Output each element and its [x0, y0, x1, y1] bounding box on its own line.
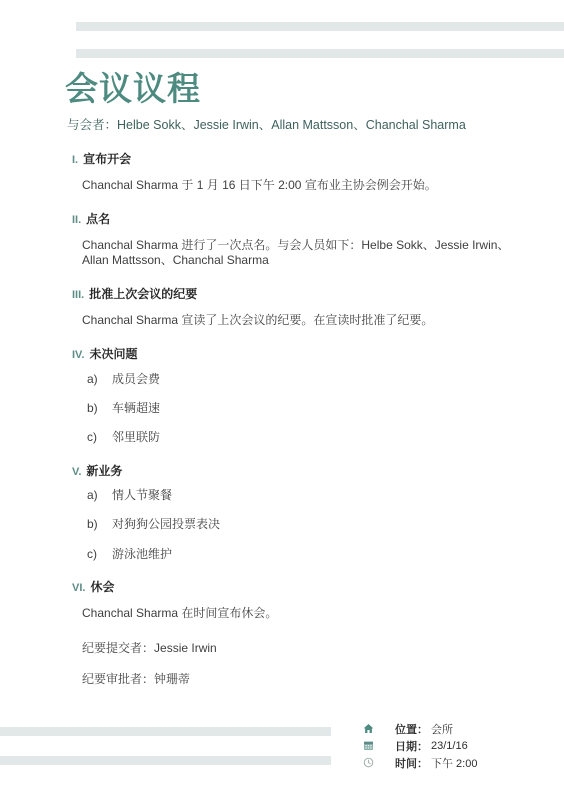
section-numeral: II.	[72, 214, 81, 226]
list-item-text: 游泳池维护	[112, 547, 172, 561]
list-item: c)游泳池维护	[87, 547, 529, 561]
list-item: a)情人节聚餐	[87, 488, 529, 502]
signoff-line: 纪要审批者：钟珊蒂	[82, 672, 529, 687]
attendees-names: Helbe Sokk、Jessie Irwin、Allan Mattsson、C…	[117, 118, 466, 132]
agenda-section: V.新业务a)情人节聚餐b)对狗狗公园投票表决c)游泳池维护	[65, 464, 529, 561]
list-item: a)成员会费	[87, 372, 529, 386]
signoff-value: 钟珊蒂	[154, 672, 190, 686]
meeting-info-value: 下午 2:00	[431, 755, 477, 771]
section-paragraph: Chanchal Sharma 在时间宣布休会。	[82, 606, 529, 621]
document-content: 会议议程 与会者：Helbe Sokk、Jessie Irwin、Allan M…	[65, 72, 529, 687]
calendar-icon	[363, 740, 374, 751]
section-numeral: I.	[72, 154, 78, 166]
meeting-info-row: 日期：23/1/16	[363, 737, 477, 754]
section-heading-text: 未决问题	[89, 347, 137, 361]
list-item-text: 成员会费	[112, 372, 160, 386]
list-item-letter: a)	[87, 488, 112, 502]
meeting-info-row: 时间：下午 2:00	[363, 754, 477, 771]
clock-icon	[363, 757, 374, 768]
meeting-info-label: 时间：	[395, 755, 428, 771]
section-heading-row: V.新业务	[65, 464, 529, 479]
section-heading-row: VI.休会	[65, 580, 529, 595]
section-heading-text: 新业务	[86, 464, 122, 478]
decorative-bar-top-2	[76, 49, 564, 58]
agenda-section: III.批准上次会议的纪要Chanchal Sharma 宣读了上次会议的纪要。…	[65, 287, 529, 328]
list-item-letter: b)	[87, 517, 112, 531]
list-item-text: 情人节聚餐	[112, 488, 172, 502]
page-title: 会议议程	[65, 72, 529, 107]
attendees-line: 与会者：Helbe Sokk、Jessie Irwin、Allan Mattss…	[67, 117, 529, 133]
section-items: a)成员会费b)车辆超速c)邻里联防	[65, 372, 529, 445]
section-heading-row: III.批准上次会议的纪要	[65, 287, 529, 302]
section-paragraph: Chanchal Sharma 宣读了上次会议的纪要。在宣读时批准了纪要。	[82, 313, 529, 328]
meeting-info: 位置：会所日期：23/1/16时间：下午 2:00	[363, 720, 477, 771]
meeting-info-value: 23/1/16	[431, 740, 468, 752]
section-paragraph: Chanchal Sharma 进行了一次点名。与会人员如下：Helbe Sok…	[82, 238, 529, 268]
list-item: b)车辆超速	[87, 401, 529, 415]
signoff-label: 纪要提交者：	[82, 641, 154, 655]
list-item: c)邻里联防	[87, 430, 529, 444]
signoff-label: 纪要审批者：	[82, 672, 154, 686]
agenda-section: VI.休会Chanchal Sharma 在时间宣布休会。	[65, 580, 529, 621]
section-items: a)情人节聚餐b)对狗狗公园投票表决c)游泳池维护	[65, 488, 529, 561]
document-page: 会议议程 与会者：Helbe Sokk、Jessie Irwin、Allan M…	[0, 0, 564, 800]
meeting-info-value: 会所	[431, 721, 453, 737]
section-numeral: IV.	[72, 349, 84, 361]
decorative-bar-top-1	[76, 22, 564, 31]
section-numeral: V.	[72, 466, 81, 478]
list-item-text: 车辆超速	[112, 401, 160, 415]
section-heading-row: I.宣布开会	[65, 152, 529, 167]
list-item: b)对狗狗公园投票表决	[87, 517, 529, 531]
decorative-bar-bottom-2	[0, 756, 331, 765]
agenda-section: IV.未决问题a)成员会费b)车辆超速c)邻里联防	[65, 347, 529, 444]
section-heading-text: 宣布开会	[83, 152, 131, 166]
section-heading-row: II.点名	[65, 212, 529, 227]
section-heading-text: 点名	[86, 212, 110, 226]
meeting-info-label: 日期：	[395, 738, 428, 754]
list-item-text: 邻里联防	[112, 430, 160, 444]
section-numeral: VI.	[72, 582, 85, 594]
list-item-text: 对狗狗公园投票表决	[112, 517, 220, 531]
list-item-letter: a)	[87, 372, 112, 386]
section-paragraph: Chanchal Sharma 于 1 月 16 日下午 2:00 宣布业主协会…	[82, 178, 529, 193]
agenda-section: I.宣布开会Chanchal Sharma 于 1 月 16 日下午 2:00 …	[65, 152, 529, 193]
meeting-info-row: 位置：会所	[363, 720, 477, 737]
list-item-letter: c)	[87, 547, 112, 561]
section-numeral: III.	[72, 289, 84, 301]
signoff-block: 纪要提交者：Jessie Irwin纪要审批者：钟珊蒂	[65, 641, 529, 687]
attendees-label: 与会者：	[67, 118, 117, 132]
section-heading-row: IV.未决问题	[65, 347, 529, 362]
agenda-section: II.点名Chanchal Sharma 进行了一次点名。与会人员如下：Helb…	[65, 212, 529, 268]
section-heading-text: 休会	[90, 580, 114, 594]
home-icon	[363, 723, 374, 734]
signoff-value: Jessie Irwin	[154, 641, 217, 655]
agenda-sections: I.宣布开会Chanchal Sharma 于 1 月 16 日下午 2:00 …	[65, 152, 529, 621]
meeting-info-label: 位置：	[395, 721, 428, 737]
decorative-bar-bottom-1	[0, 727, 331, 736]
section-heading-text: 批准上次会议的纪要	[89, 287, 197, 301]
list-item-letter: b)	[87, 401, 112, 415]
signoff-line: 纪要提交者：Jessie Irwin	[82, 641, 529, 656]
list-item-letter: c)	[87, 430, 112, 444]
